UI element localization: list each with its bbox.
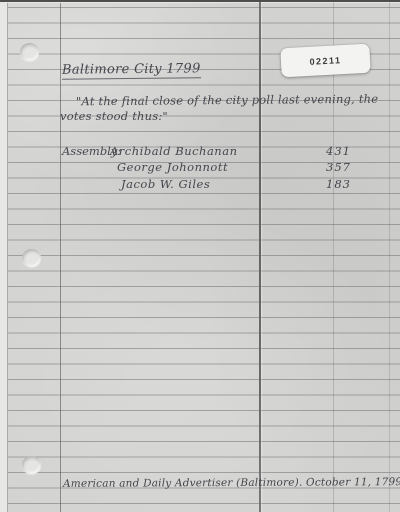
margin-rule-line: [60, 3, 61, 512]
hole-punch-bottom: [22, 456, 41, 474]
paper-crease-line: [259, 0, 261, 512]
vote-count: 357: [326, 160, 351, 174]
hole-punch-middle: [22, 249, 41, 267]
source-citation: American and Daily Advertiser (Baltimore…: [63, 476, 400, 490]
vote-count: 183: [326, 177, 351, 191]
result-row: George Johonnott 357: [0, 160, 400, 176]
scanned-document-page: 02211 Baltimore City 1799 "At the final …: [0, 0, 400, 512]
result-row: Assembly: Archibald Buchanan 431: [0, 144, 400, 160]
page-title: Baltimore City 1799: [62, 61, 201, 79]
candidate-name: Archibald Buchanan: [110, 144, 237, 158]
hole-punch-top: [20, 43, 39, 61]
faint-crease-line: [333, 0, 334, 512]
faint-crease-line: [389, 0, 390, 512]
page-top-edge: [0, 0, 400, 2]
result-row: Jacob W. Giles 183: [0, 177, 400, 193]
quote-line-1: "At the final close of the city poll las…: [76, 92, 378, 109]
candidate-name: George Johonnott: [117, 160, 228, 174]
candidate-name: Jacob W. Giles: [121, 177, 210, 191]
catalog-number: 02211: [309, 55, 342, 67]
catalog-sticker: 02211: [280, 44, 370, 78]
vote-count: 431: [326, 144, 351, 158]
quote-line-2: votes stood thus:": [60, 109, 168, 123]
